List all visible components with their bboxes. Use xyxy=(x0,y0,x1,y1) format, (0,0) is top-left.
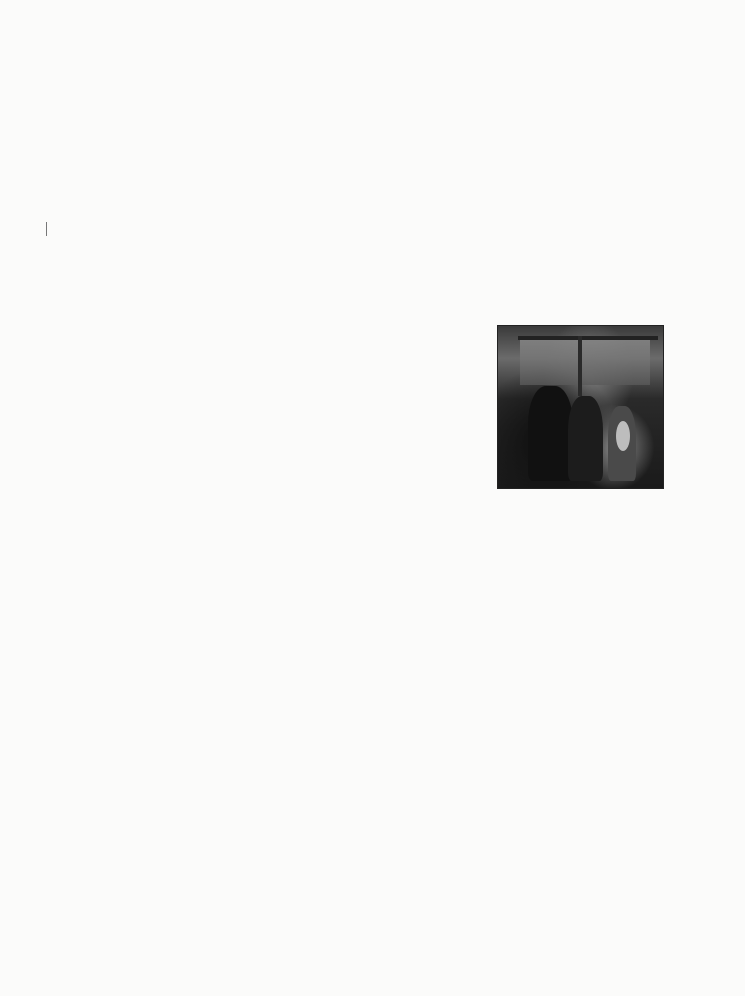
margin-mark xyxy=(46,222,47,236)
iron-and-coal-painting xyxy=(497,325,664,489)
exam-page xyxy=(0,0,745,996)
